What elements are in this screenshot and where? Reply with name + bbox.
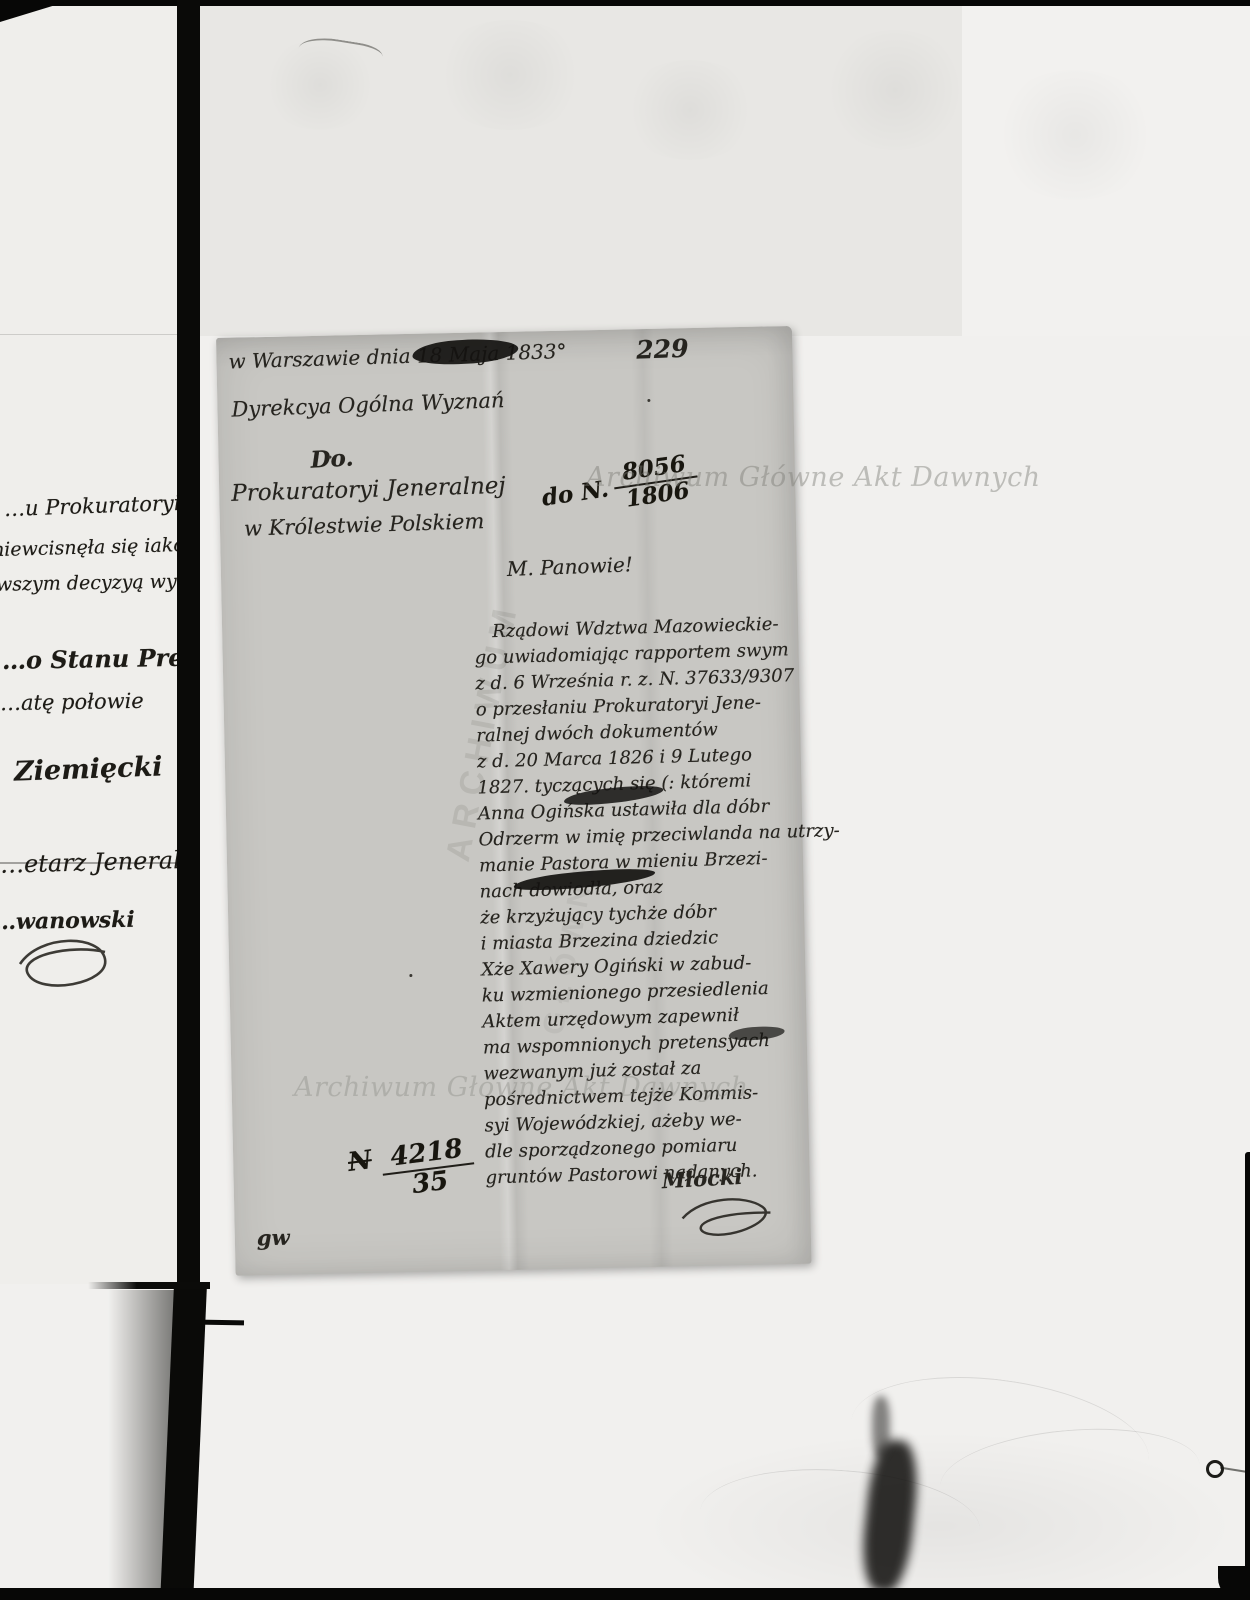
scanned-archive-page: …u Prokuratoryi niewcisnęła się iakowa… … (0, 0, 1250, 1600)
signature-mlocki: Młocki (661, 1164, 743, 1193)
left-page-flourish-rule (0, 862, 177, 864)
paper-blotch (620, 60, 760, 160)
recipient-do: Do. (310, 444, 354, 473)
film-edge-bottom (0, 1588, 1250, 1600)
left-partial-page: …u Prokuratoryi niewcisnęła się iakowa… … (0, 6, 177, 1284)
reference-fraction: 4218 35 (379, 1134, 478, 1203)
left-page-bottom-edge (88, 1282, 210, 1289)
ink-speck (328, 456, 331, 459)
clerk-initials: gw (257, 1225, 290, 1251)
left-page-top-seam (0, 334, 177, 335)
archive-watermark-upper: Archiwum Główne Akt Dawnych (586, 462, 1041, 493)
letter-body: Rządowi Wdztwa Mazowieckie- go uwiadomia… (474, 611, 836, 1190)
ink-speck (647, 399, 650, 402)
left-page-line: niewcisnęła się iakowa… (0, 533, 177, 561)
page-number: 229 (636, 334, 689, 365)
recipient-line-1: Prokuratoryi Jeneralnej (231, 473, 506, 507)
place-date-line: w Warszawie dnia 18 Maja 1833° (228, 339, 567, 374)
reference-prefix: N (346, 1145, 373, 1178)
ink-speck (742, 627, 745, 630)
left-page-line: …o Stanu Prezes (2, 642, 177, 675)
archive-watermark-lower: Archiwum Główne Akt Dawnych (294, 1072, 749, 1103)
left-page-line: …u Prokuratoryi (4, 491, 177, 521)
sender-line: Dyrekcya Ogólna Wyznań (231, 388, 505, 422)
paper-blotch (430, 20, 590, 130)
paper-blotch (820, 30, 970, 150)
reference-denominator: 35 (411, 1168, 450, 1200)
recipient-line-2: w Królestwie Polskiem (244, 509, 485, 541)
left-page-signature-wanowski: …wanowski (0, 907, 135, 935)
signature-paraph-flourish (674, 1192, 785, 1242)
left-page-line: …atę połowie (0, 689, 144, 716)
left-page-signature-ziemiecki: Ziemięcki (14, 751, 164, 787)
left-page-signature-flourish (10, 934, 130, 994)
left-page-line: wszym decyzyą wy… (0, 570, 177, 595)
gap-crack-tick (200, 1320, 244, 1326)
paper-blotch (990, 70, 1160, 200)
reference-number: N 4218 35 (346, 1132, 478, 1207)
page-gap-black-band (177, 0, 200, 1290)
film-edge-right (1245, 1152, 1250, 1600)
ink-speck (409, 974, 412, 977)
salutation: M. Panowie! (506, 552, 633, 581)
